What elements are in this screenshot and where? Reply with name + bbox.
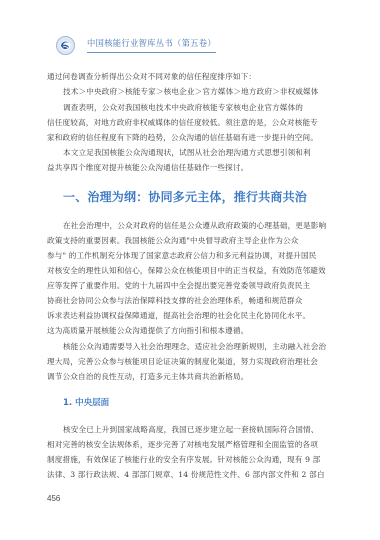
body-text-line: 对核安全的理性认知和信心，保障公众在核能项目中的正当权益，有效防范邻避效	[47, 266, 326, 276]
body-text-line: 调节公众自治的良性互动，打造多元主体共商共治新格局。	[47, 372, 248, 382]
body-text-line: 政策支持的重要因素。我国核能公众沟通"中央督导政府主导企业作为公众	[47, 236, 298, 246]
book-series-title: 中国核能行业智库丛书（第五卷）	[87, 37, 216, 53]
body-text-line: 参与" 的工作机制充分体现了国家意志政府公信力和多元利益协调，对提升国民	[47, 251, 317, 261]
body-text-line: 相对完善的核安全法规体系，逐步完善了对核电发展严格管理和全面监管的各项	[47, 440, 318, 450]
body-text-line: 应等发挥了重要作用。党的十九届四中全会提出要完善党委领导政府负责民主	[47, 281, 310, 291]
running-header: 中国核能行业智库丛书（第五卷）	[56, 34, 216, 56]
body-text-line: 调查表明，公众对我国核电技术中央政府核能专家核电企业官方媒体的	[63, 103, 303, 113]
body-text-line: 通过问卷调查分析得出公众对不同对象的信任程度排序如下：	[47, 72, 256, 82]
body-text-line: 在社会治理中，公众对政府的信任是公众遵从政府政策的心理基础，更是影响	[63, 221, 326, 231]
body-text-line: 信任度较高，对地方政府非权威媒体的信任度较低。须注意的是，公众对核能专	[47, 118, 318, 128]
body-text-line: 核安全已上升到国家战略高度，我国已逐步建立起一套接轨国际符合国情、	[63, 425, 319, 435]
body-text-line: 制度措施，有效保证了核能行业的安全有序发展。针对核能公众沟通，现有 9 部	[47, 455, 320, 465]
body-text-line: 核能公众沟通需要导入社会治理理念，适应社会治理新规则，主动融入社会治	[63, 342, 326, 352]
body-text-line: 益共享四个维度对提升核能公众沟通信任基础作一些探讨。	[47, 163, 248, 173]
body-text-line: 理大局，完善公众参与核能项目论证决策的制度化渠道，努力实现政府治理社会	[47, 357, 318, 367]
book-series-logo-icon	[56, 36, 75, 55]
body-text-line: 本文立足我国核能公众沟通现状，试图从社会治理沟通方式思想引领和利	[63, 148, 311, 158]
body-text-line: 法律、3 部行政法规、4 部部门规章、14 份规范性文件、6 部内部文件和 2 …	[47, 470, 325, 480]
body-text-line: 诉求表达利益协调权益保障通道，提高社会治理的社会化民主化协同化水平。	[47, 311, 310, 321]
body-text-line: 这为高质量开展核能公众沟通提供了方向指引和根本遵循。	[47, 326, 248, 336]
body-text-line: 协商社会协同公众参与法治保障科技支撑的社会治理体系，畅通和规范群众	[47, 296, 303, 306]
subsection-heading: 1. 中央层面	[63, 396, 109, 408]
section-heading: 一、治理为纲：协同多元主体，推行共商共治	[63, 188, 307, 205]
trust-ranking-line: 技术＞中央政府＞核能专家＞核电企业＞官方媒体＞地方政府＞非权威媒体	[63, 87, 319, 97]
page-number: 456	[47, 494, 60, 503]
body-text-line: 家和政府的信任程度有下降的趋势，公众沟通的信任基础有进一步提升的空间。	[47, 133, 318, 143]
